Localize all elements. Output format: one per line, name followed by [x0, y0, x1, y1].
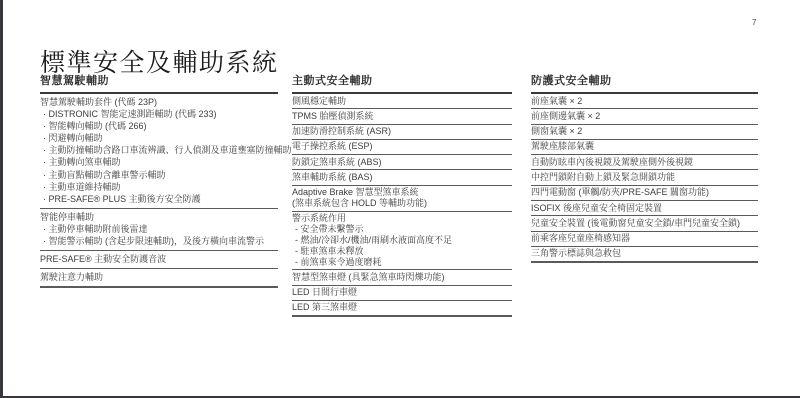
brochure-page: 7 標準安全及輔助系統 智慧駕駛輔助 智慧駕駛輔助套件 (代碼 23P)· DI… — [0, 0, 800, 398]
feature-line: 電子操控系統 (ESP) — [292, 141, 512, 152]
column-body: 前座氣囊 × 2前座側邊氣囊 × 2側窗氣囊 × 2駕駛座膝部氣囊自動防眩車內後… — [531, 94, 758, 263]
feature-line: · 主動停車輔助附前後雷達 — [40, 223, 278, 235]
feature-line: PRE-SAFE® 主動安全防護音波 — [40, 253, 278, 265]
column-active-safety-assist: 主動式安全輔助 側風穩定輔助TPMS 胎壓偵測系統加速防滑控制系統 (ASR)電… — [292, 72, 512, 317]
feature-line: 駕駛注意力輔助 — [40, 271, 278, 283]
feature-row: Adaptive Brake 智慧型煞車系統(煞車系統包含 HOLD 等輔助功能… — [292, 186, 512, 212]
feature-line: 兒童安全裝置 (後電動窗兒童安全鎖/車門兒童安全鎖) — [531, 218, 758, 229]
feature-row: 自動防眩車內後視鏡及駕駛座側外後視鏡 — [531, 155, 758, 170]
feature-row: LED 第三煞車燈 — [292, 301, 512, 317]
feature-line: · DISTRONIC 智能定速測距輔助 (代碼 233) — [40, 108, 278, 120]
feature-line: · 智能警示輔助 (含起步限速輔助)，及後方橫向車流警示 — [40, 235, 278, 247]
feature-row: LED 日間行車燈 — [292, 286, 512, 301]
feature-line: - 燃油/冷卻水/機油/雨刷水液面高度不足 — [292, 235, 512, 246]
page-left-edge — [0, 0, 3, 398]
feature-line: 四門電動窗 (單觸/防夾/PRE-SAFE 關窗功能) — [531, 187, 758, 198]
feature-row: 駕駛座膝部氣囊 — [531, 140, 758, 155]
feature-row: 電子操控系統 (ESP) — [292, 140, 512, 155]
feature-row: 側窗氣囊 × 2 — [531, 125, 758, 140]
feature-line: 側風穩定輔助 — [292, 96, 512, 107]
feature-line: 中控門鎖附自動上鎖及緊急開鎖功能 — [531, 172, 758, 183]
feature-row: 智慧駕駛輔助套件 (代碼 23P)· DISTRONIC 智能定速測距輔助 (代… — [40, 94, 278, 209]
feature-row: 加速防滑控制系統 (ASR) — [292, 125, 512, 140]
feature-row: 煞車輔助系統 (BAS) — [292, 170, 512, 185]
feature-row: 駕駛注意力輔助 — [40, 269, 278, 288]
feature-line: 側窗氣囊 × 2 — [531, 126, 758, 137]
feature-line: TPMS 胎壓偵測系統 — [292, 111, 512, 122]
feature-row: TPMS 胎壓偵測系統 — [292, 109, 512, 124]
feature-row: 智慧型煞車燈 (具緊急煞車時閃爍功能) — [292, 270, 512, 285]
feature-line: 智慧駕駛輔助套件 (代碼 23P) — [40, 96, 278, 108]
column-header: 防護式安全輔助 — [531, 72, 758, 94]
page-number: 7 — [752, 18, 756, 27]
feature-line: · 主動車道維持輔助 — [40, 181, 278, 193]
feature-row: 前乘客座兒童座椅感知器 — [531, 232, 758, 247]
column-protective-safety-assist: 防護式安全輔助 前座氣囊 × 2前座側邊氣囊 × 2側窗氣囊 × 2駕駛座膝部氣… — [531, 72, 758, 263]
feature-line: 加速防滑控制系統 (ASR) — [292, 126, 512, 137]
feature-line: 自動防眩車內後視鏡及駕駛座側外後視鏡 — [531, 157, 758, 168]
feature-line: · 主動防撞輔助含路口車流辨識、行人偵測及車道壅塞防撞輔助 — [40, 144, 278, 156]
feature-line: LED 日間行車燈 — [292, 287, 512, 298]
feature-line: 智慧型煞車燈 (具緊急煞車時閃爍功能) — [292, 272, 512, 283]
feature-row: 三角警示標誌與急救包 — [531, 247, 758, 263]
column-header: 主動式安全輔助 — [292, 72, 512, 94]
feature-line: 前乘客座兒童座椅感知器 — [531, 233, 758, 244]
feature-line: · 智能轉向輔助 (代碼 266) — [40, 120, 278, 132]
feature-line: 駕駛座膝部氣囊 — [531, 141, 758, 152]
feature-line: · 主動盲點輔助含離車警示輔助 — [40, 169, 278, 181]
feature-line: Adaptive Brake 智慧型煞車系統 — [292, 187, 512, 198]
feature-line: - 安全帶未繫警示 — [292, 224, 512, 235]
feature-row: 兒童安全裝置 (後電動窗兒童安全鎖/車門兒童安全鎖) — [531, 216, 758, 231]
feature-row: PRE-SAFE® 主動安全防護音波 — [40, 251, 278, 269]
feature-line: · 閃避轉向輔助 — [40, 132, 278, 144]
column-intelligent-drive-assist: 智慧駕駛輔助 智慧駕駛輔助套件 (代碼 23P)· DISTRONIC 智能定速… — [40, 72, 278, 288]
feature-line: · PRE-SAFE® PLUS 主動後方安全防護 — [40, 193, 278, 205]
feature-line: 警示系統作用 — [292, 213, 512, 224]
feature-row: 智能停車輔助· 主動停車輔助附前後雷達· 智能警示輔助 (含起步限速輔助)，及後… — [40, 209, 278, 251]
feature-line: 三角警示標誌與急救包 — [531, 248, 758, 259]
feature-line: 防鎖定煞車系統 (ABS) — [292, 157, 512, 168]
feature-row: ISOFIX 後座兒童安全椅固定裝置 — [531, 201, 758, 216]
column-body: 側風穩定輔助TPMS 胎壓偵測系統加速防滑控制系統 (ASR)電子操控系統 (E… — [292, 94, 512, 317]
feature-line: 智能停車輔助 — [40, 211, 278, 223]
column-header: 智慧駕駛輔助 — [40, 72, 278, 94]
feature-line: - 駐車煞車未釋放 — [292, 246, 512, 257]
feature-row: 防鎖定煞車系統 (ABS) — [292, 155, 512, 170]
feature-line: · 主動轉向煞車輔助 — [40, 156, 278, 168]
feature-row: 四門電動窗 (單觸/防夾/PRE-SAFE 關窗功能) — [531, 186, 758, 201]
feature-row: 側風穩定輔助 — [292, 94, 512, 109]
column-body: 智慧駕駛輔助套件 (代碼 23P)· DISTRONIC 智能定速測距輔助 (代… — [40, 94, 278, 288]
feature-row: 警示系統作用- 安全帶未繫警示- 燃油/冷卻水/機油/雨刷水液面高度不足- 駐車… — [292, 212, 512, 270]
feature-row: 前座氣囊 × 2 — [531, 94, 758, 109]
feature-line: 煞車輔助系統 (BAS) — [292, 172, 512, 183]
feature-line: (煞車系統包含 HOLD 等輔助功能) — [292, 198, 512, 209]
feature-line: ISOFIX 後座兒童安全椅固定裝置 — [531, 203, 758, 214]
feature-line: 前座氣囊 × 2 — [531, 96, 758, 107]
feature-line: 前座側邊氣囊 × 2 — [531, 111, 758, 122]
feature-row: 中控門鎖附自動上鎖及緊急開鎖功能 — [531, 170, 758, 185]
feature-line: - 前煞車來令過度磨耗 — [292, 257, 512, 268]
feature-row: 前座側邊氣囊 × 2 — [531, 109, 758, 124]
feature-line: LED 第三煞車燈 — [292, 302, 512, 313]
